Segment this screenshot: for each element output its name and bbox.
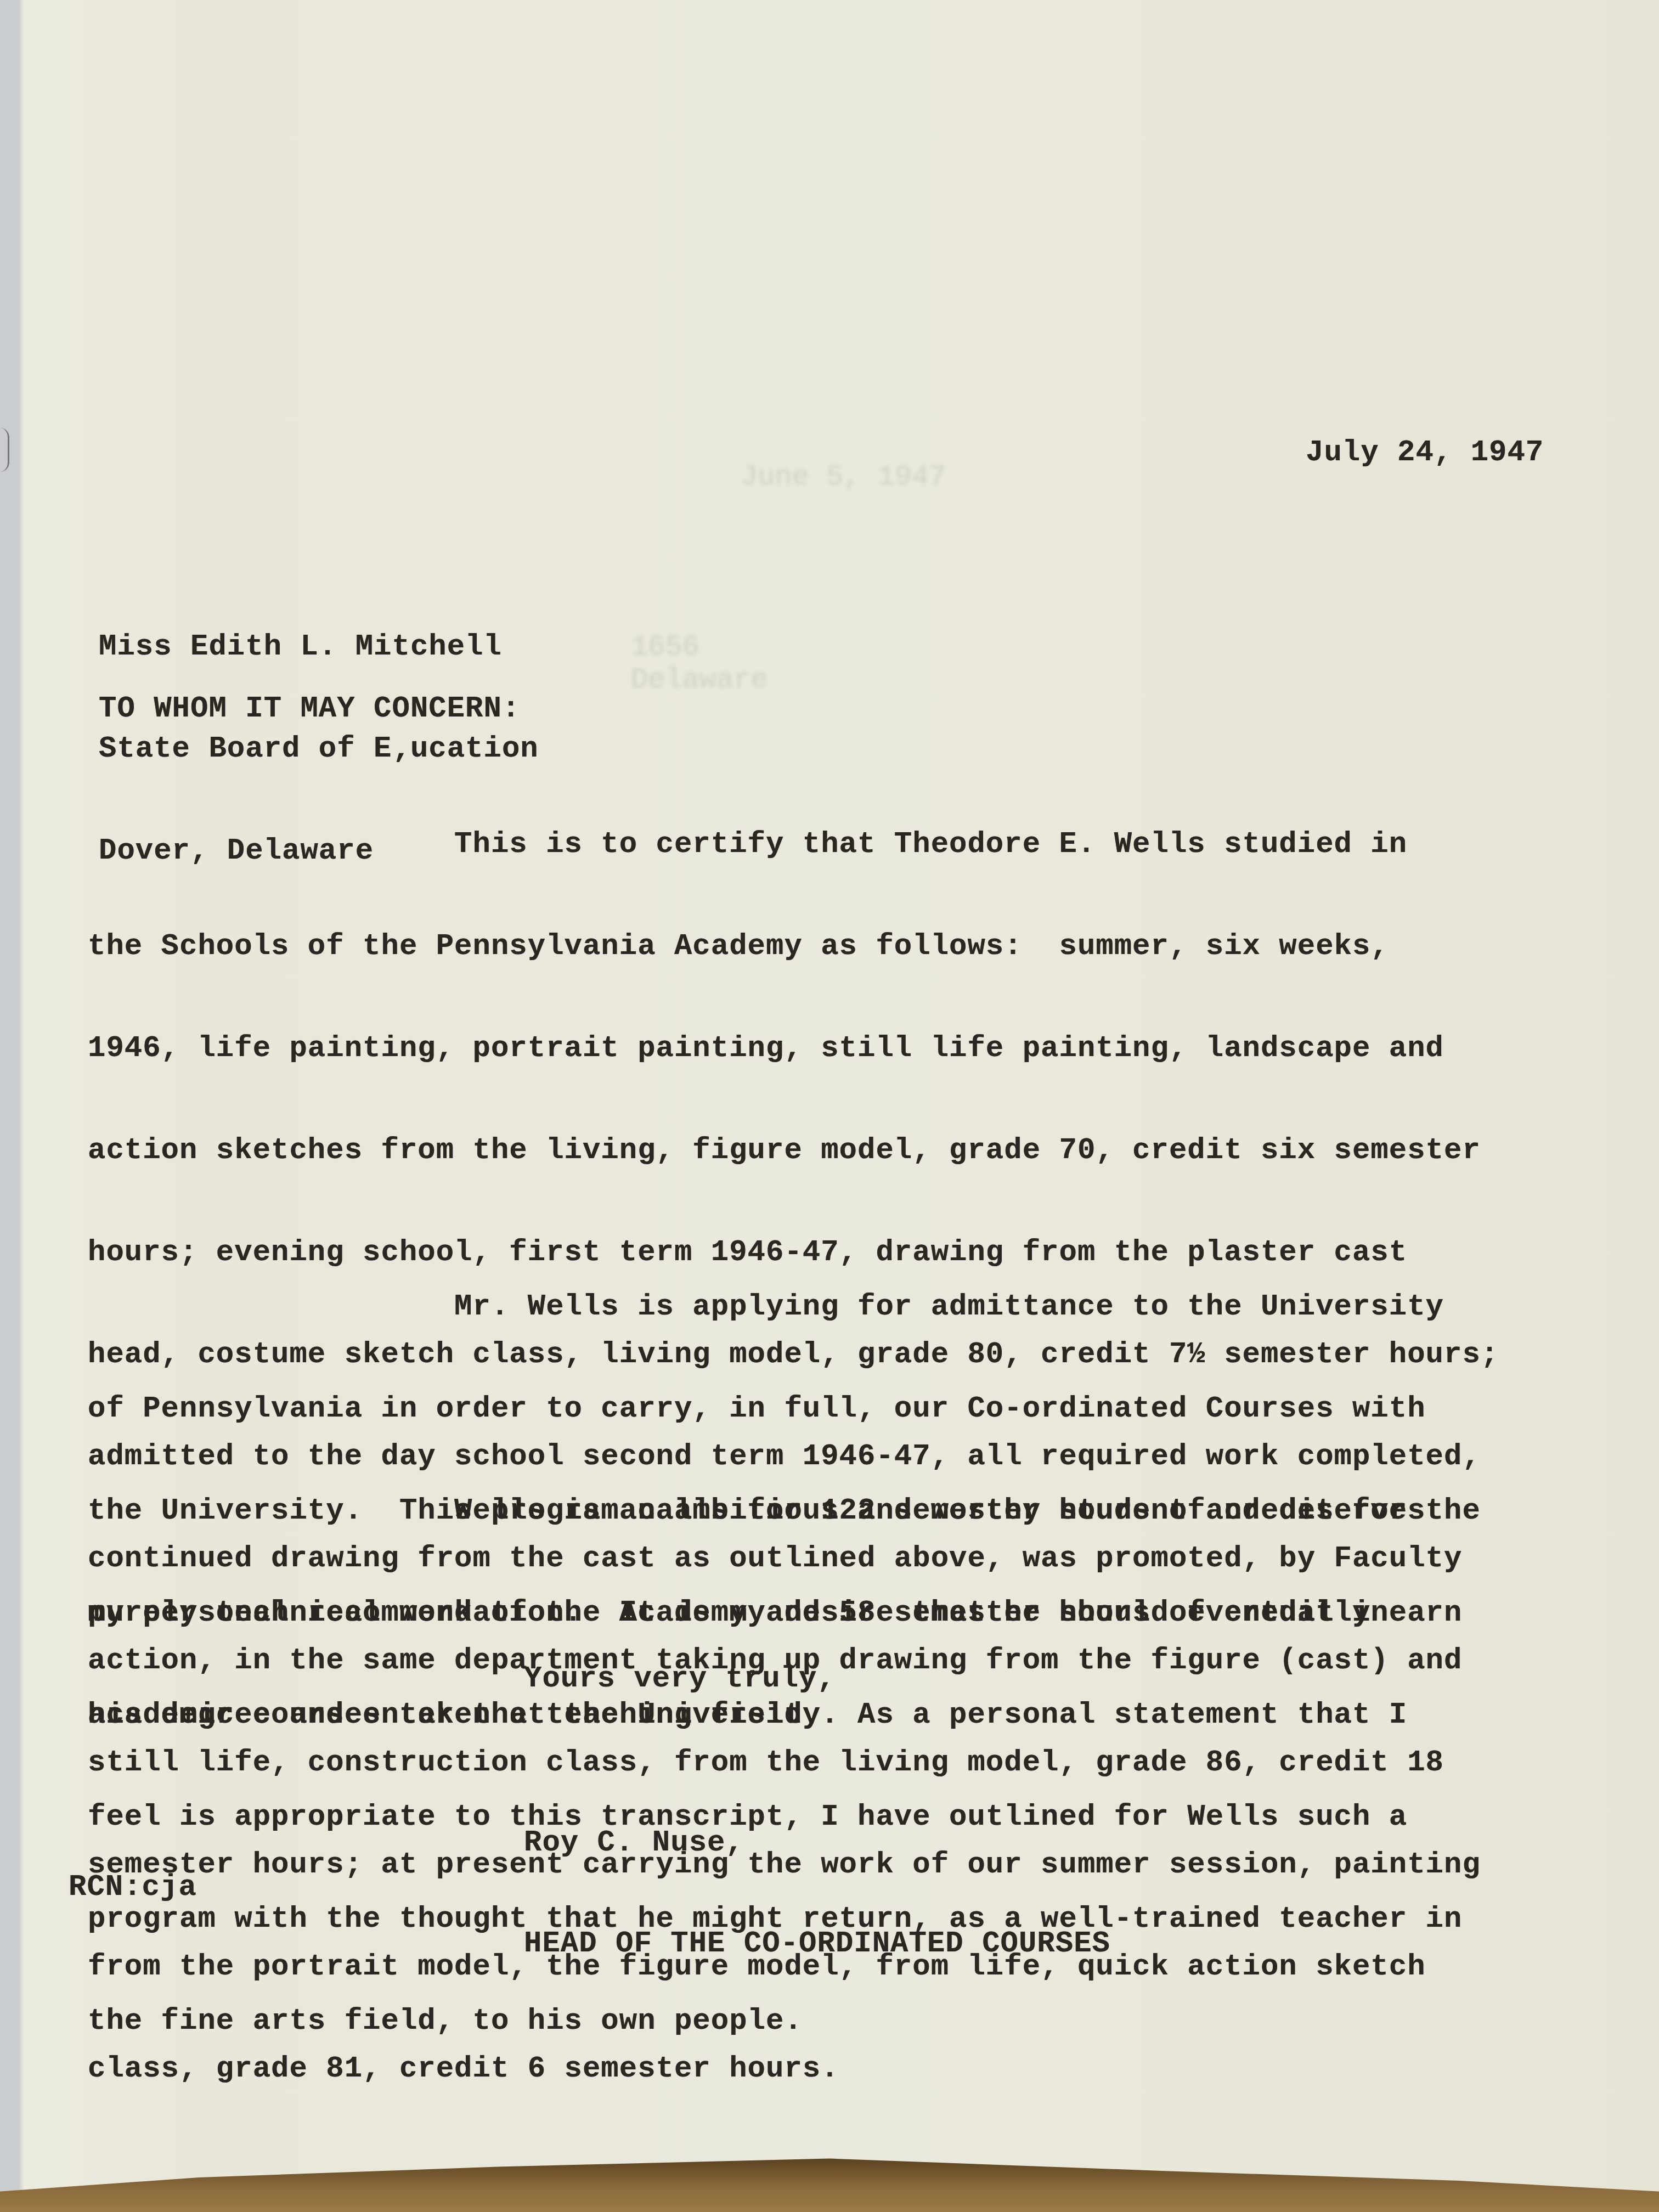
show-through-text: Delaware	[631, 664, 768, 696]
signature-block: Roy C. Nuse, HEAD OF THE CO-ORDINATED CO…	[524, 1758, 1110, 2028]
paragraph-line: the Schools of the Pennsylvania Academy …	[88, 930, 1499, 964]
paragraph-line: of Pennsylvania in order to carry, in fu…	[88, 1392, 1481, 1426]
paragraph-line: Mr. Wells is applying for admittance to …	[88, 1290, 1481, 1324]
letter-page: June 5, 1947 1656 Delaware July 24, 1947…	[0, 0, 1659, 2212]
paragraph-line: action sketches from the living, figure …	[88, 1134, 1499, 1168]
signer-title: HEAD OF THE CO-ORDINATED COURSES	[524, 1927, 1110, 1960]
paragraph-line: my personal recommendation. It is my des…	[88, 1596, 1462, 1630]
show-through-date: June 5, 1947	[741, 461, 946, 493]
letter-date: July 24, 1947	[1306, 436, 1544, 470]
paper-edge-mark	[0, 428, 9, 472]
signer-name: Roy C. Nuse,	[524, 1826, 1110, 1859]
paragraph-line: This is to certify that Theodore E. Well…	[88, 828, 1499, 862]
complimentary-close: Yours very truly,	[524, 1662, 836, 1696]
paragraph-line: 1946, life painting, portrait painting, …	[88, 1032, 1499, 1066]
show-through-text: 1656	[631, 631, 699, 663]
recipient-name: Miss Edith L. Mitchell	[99, 630, 539, 664]
reference-initials: RCN:cja	[69, 1871, 197, 1905]
paragraph-line: his degree and enter the teaching field.…	[88, 1699, 1462, 1733]
salutation: TO WHOM IT MAY CONCERN:	[99, 692, 520, 726]
paragraph-line: Wells is an ambitious and worthy student…	[88, 1494, 1462, 1528]
